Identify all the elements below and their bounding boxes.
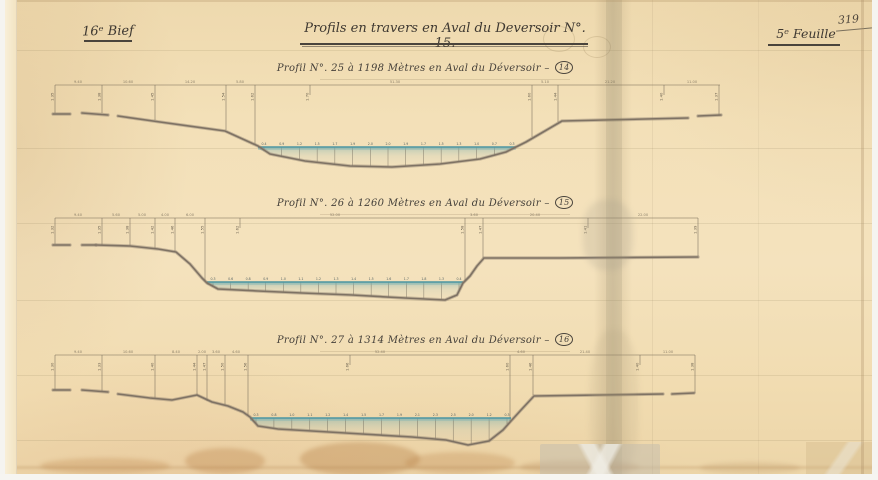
sounding-depth-label: 1.9 bbox=[350, 142, 355, 146]
sounding-depth-label: 0.8 bbox=[246, 277, 251, 281]
distance-label: 10.60 bbox=[123, 350, 134, 354]
tick-elevation-label: 1.30 bbox=[50, 362, 55, 371]
tick-elevation-label: 1.37 bbox=[714, 92, 719, 101]
distance-label: 2.00 bbox=[198, 350, 207, 354]
distance-label: 4.60 bbox=[232, 350, 241, 354]
distance-label: 9.40 bbox=[74, 213, 83, 217]
sounding-depth-label: 1.2 bbox=[316, 277, 321, 281]
water-stain bbox=[300, 442, 420, 476]
distance-label: 9.40 bbox=[74, 80, 83, 84]
sounding-depth-label: 1.8 bbox=[421, 277, 426, 281]
profile-2-caption: Profil N°. 26 à 1260 Mètres en Aval du D… bbox=[255, 196, 595, 209]
sounding-depth-label: 1.2 bbox=[325, 413, 330, 417]
profile-2-caption-text: Profil N°. 26 à 1260 Mètres en Aval du D… bbox=[277, 198, 541, 209]
sounding-depth-label: 0.6 bbox=[228, 277, 233, 281]
tick-elevation-label: 1.60 bbox=[527, 92, 532, 101]
sounding-depth-label: 1.2 bbox=[487, 413, 492, 417]
sounding-depth-label: 1.6 bbox=[386, 277, 391, 281]
tick-elevation-label: 1.60 bbox=[505, 362, 510, 371]
tick-elevation-label: 1.62 bbox=[250, 92, 255, 101]
caption-flourish: – bbox=[544, 335, 549, 346]
tick-elevation-label: 1.55 bbox=[200, 225, 205, 234]
water-area bbox=[250, 418, 511, 445]
tick-elevation-label: 1.47 bbox=[478, 225, 483, 234]
tick-elevation-label: 1.70 bbox=[305, 92, 310, 101]
caption-guide-line bbox=[320, 351, 570, 352]
sounding-depth-label: 1.1 bbox=[298, 277, 303, 281]
scan-background-right bbox=[872, 0, 878, 480]
scanned-sheet: 1.351.381.451.541.621.701.601.441.401.37… bbox=[0, 0, 878, 480]
tick-elevation-label: 1.40 bbox=[659, 92, 664, 101]
sounding-depth-label: 0.8 bbox=[271, 413, 276, 417]
title-underline bbox=[300, 43, 588, 45]
sounding-depth-label: 0.3 bbox=[254, 413, 259, 417]
sounding-depth-label: 0.3 bbox=[211, 277, 216, 281]
terrain-dash bbox=[672, 393, 694, 394]
sounding-depth-label: 1.3 bbox=[334, 277, 339, 281]
sounding-depth-label: 1.0 bbox=[289, 413, 294, 417]
tick-elevation-label: 1.50 bbox=[220, 362, 225, 371]
profile-1-ref-circle: 14 bbox=[555, 61, 573, 74]
profile-3-caption: Profil N°. 27 à 1314 Mètres en Aval du D… bbox=[255, 333, 595, 346]
tick-elevation-label: 1.40 bbox=[150, 362, 155, 371]
sounding-depth-label: 2.5 bbox=[451, 413, 456, 417]
distance-label: 22.00 bbox=[638, 213, 649, 217]
sounding-depth-label: 1.7 bbox=[332, 142, 337, 146]
terrain-dash bbox=[698, 115, 721, 116]
profile-3-ref-circle: 16 bbox=[555, 333, 573, 346]
title-underline-thin bbox=[302, 46, 588, 47]
profile-1-caption-text: Profil N°. 25 à 1198 Mètres en Aval du D… bbox=[277, 63, 541, 74]
sheet-underline bbox=[768, 44, 840, 46]
tick-elevation-label: 1.66 bbox=[345, 362, 350, 371]
tick-elevation-label: 1.42 bbox=[150, 225, 155, 234]
distance-label: 4.00 bbox=[161, 213, 170, 217]
sounding-depth-label: 1.2 bbox=[297, 142, 302, 146]
sounding-depth-label: 1.5 bbox=[361, 413, 366, 417]
sounding-depth-label: 1.9 bbox=[403, 142, 408, 146]
paper-right-edge-shadow bbox=[861, 0, 864, 480]
sounding-depth-label: 0.9 bbox=[279, 142, 284, 146]
distance-label: 51.30 bbox=[390, 80, 401, 84]
water-stain-tideline bbox=[0, 466, 878, 469]
paper-stain-patch bbox=[583, 200, 633, 270]
sounding-depth-label: 1.7 bbox=[379, 413, 384, 417]
distance-label: 5.00 bbox=[138, 213, 147, 217]
tick-elevation-label: 1.47 bbox=[202, 362, 207, 371]
distance-label: 11.00 bbox=[687, 80, 698, 84]
tick-elevation-label: 1.62 bbox=[235, 225, 240, 234]
sounding-depth-label: 0.3 bbox=[505, 413, 510, 417]
tick-elevation-label: 1.45 bbox=[150, 92, 155, 101]
caption-guide-line bbox=[320, 79, 570, 80]
sounding-depth-label: 1.0 bbox=[474, 142, 479, 146]
bief-underline bbox=[84, 40, 132, 42]
caption-flourish: – bbox=[544, 198, 549, 209]
tick-elevation-label: 1.44 bbox=[192, 362, 197, 371]
sounding-depth-label: 1.5 bbox=[315, 142, 320, 146]
tick-elevation-label: 1.56 bbox=[243, 362, 248, 371]
distance-label: 8.40 bbox=[172, 350, 181, 354]
sounding-depth-label: 1.1 bbox=[307, 413, 312, 417]
water-area bbox=[258, 147, 516, 167]
sounding-depth-label: 2.0 bbox=[386, 142, 391, 146]
sounding-depth-label: 0.7 bbox=[492, 142, 497, 146]
tick-elevation-label: 1.44 bbox=[553, 92, 558, 101]
water-stain bbox=[405, 452, 515, 474]
sounding-depth-label: 1.7 bbox=[404, 277, 409, 281]
distance-label: 5.80 bbox=[236, 80, 245, 84]
caption-flourish: – bbox=[544, 63, 549, 74]
torn-paper-edge-left bbox=[5, 0, 17, 480]
sounding-depth-label: 0.9 bbox=[263, 277, 268, 281]
page-number: 319 bbox=[838, 12, 860, 26]
tick-elevation-label: 1.38 bbox=[125, 225, 130, 234]
sounding-depth-label: 2.1 bbox=[415, 413, 420, 417]
distance-label: 6.00 bbox=[186, 213, 195, 217]
sounding-depth-label: 1.4 bbox=[351, 277, 356, 281]
tick-elevation-label: 1.38 bbox=[97, 92, 102, 101]
sounding-depth-label: 1.7 bbox=[421, 142, 426, 146]
profile-3-caption-text: Profil N°. 27 à 1314 Mètres en Aval du D… bbox=[277, 335, 541, 346]
distance-label: 5.10 bbox=[541, 80, 550, 84]
sounding-depth-label: 1.4 bbox=[343, 413, 348, 417]
profile-2-ref-circle: 15 bbox=[555, 196, 573, 209]
tick-elevation-label: 1.46 bbox=[170, 225, 175, 234]
tick-elevation-label: 1.35 bbox=[50, 92, 55, 101]
sounding-depth-label: 2.3 bbox=[433, 413, 438, 417]
tick-elevation-label: 1.32 bbox=[50, 225, 55, 234]
sounding-depth-label: 0.3 bbox=[510, 142, 515, 146]
sounding-depth-label: 1.5 bbox=[439, 142, 444, 146]
distance-label: 9.40 bbox=[74, 350, 83, 354]
distance-label: 10.60 bbox=[123, 80, 134, 84]
sounding-depth-label: 1.3 bbox=[456, 142, 461, 146]
tick-elevation-label: 1.38 bbox=[690, 362, 695, 371]
water-stain bbox=[185, 448, 265, 474]
bief-label: 16ᵉ Bief bbox=[82, 24, 134, 40]
tick-elevation-label: 1.35 bbox=[97, 225, 102, 234]
paper-top-edge bbox=[0, 0, 878, 2]
distance-label: 14.20 bbox=[185, 80, 196, 84]
sounding-depth-label: 1.0 bbox=[281, 277, 286, 281]
caption-guide-line bbox=[320, 214, 570, 215]
tick-elevation-label: 1.33 bbox=[97, 362, 102, 371]
sounding-depth-label: 2.0 bbox=[469, 413, 474, 417]
profile-1-caption: Profil N°. 25 à 1198 Mètres en Aval du D… bbox=[255, 61, 595, 74]
sounding-depth-label: 0.4 bbox=[262, 142, 267, 146]
sounding-depth-label: 2.0 bbox=[368, 142, 373, 146]
sounding-depth-label: 1.5 bbox=[369, 277, 374, 281]
tick-elevation-label: 1.46 bbox=[528, 362, 533, 371]
sounding-depth-label: 0.4 bbox=[457, 277, 462, 281]
tick-elevation-label: 1.54 bbox=[221, 92, 226, 101]
sounding-depth-label: 1.3 bbox=[439, 277, 444, 281]
scan-background-bottom bbox=[0, 474, 878, 480]
distance-label: 21.40 bbox=[580, 350, 591, 354]
sounding-depth-label: 1.9 bbox=[397, 413, 402, 417]
distance-label: 11.00 bbox=[663, 350, 674, 354]
distance-label: 3.60 bbox=[212, 350, 221, 354]
sheet-label: 5ᵉ Feuille bbox=[766, 26, 846, 41]
tick-elevation-label: 1.58 bbox=[460, 225, 465, 234]
tick-elevation-label: 1.39 bbox=[693, 225, 698, 234]
distance-label: 5.60 bbox=[112, 213, 121, 217]
